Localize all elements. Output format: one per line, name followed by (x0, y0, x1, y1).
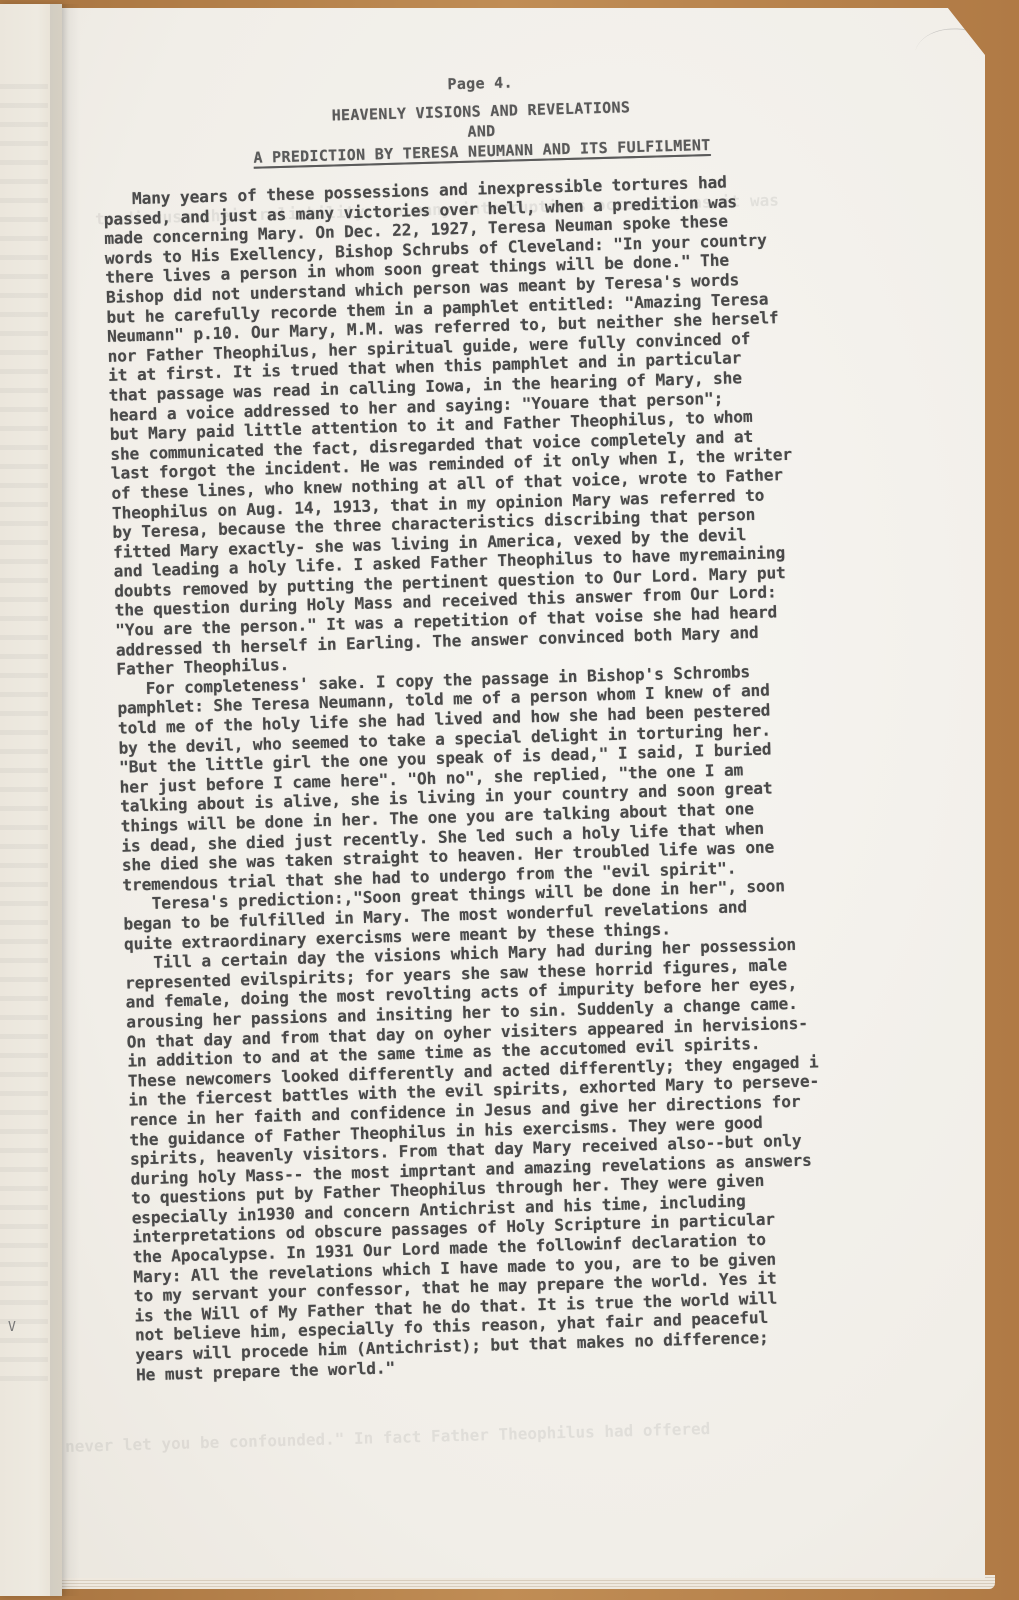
book-gutter-shadow (50, 4, 80, 1596)
bleed-through-text-bottom: never let you be confounded." In fact Fa… (65, 1419, 711, 1456)
margin-check-mark: V (8, 1320, 16, 1335)
document-body: Many years of these possessions and inex… (103, 166, 996, 1385)
document-content: Page 4. HEAVENLY VISIONS AND REVELATIONS… (100, 60, 996, 1385)
previous-page-bleed-lines (0, 84, 48, 1384)
